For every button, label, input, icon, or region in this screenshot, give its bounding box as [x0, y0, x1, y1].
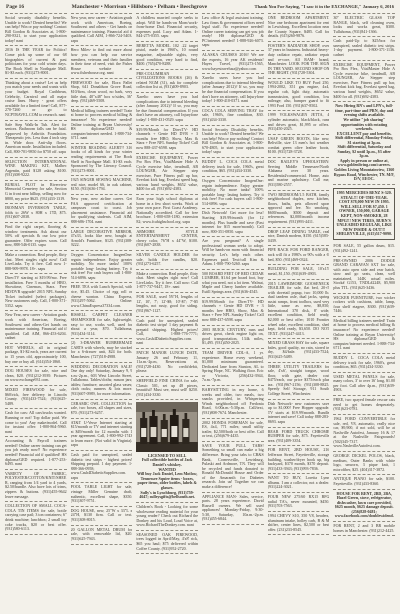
- classified-ad: Social Security Disability benefits. Una…: [202, 126, 264, 158]
- classified-ad: WINTER READING ALERT!! 316 books of all …: [71, 144, 133, 176]
- classified-ad: FREE, two spayed female rescue cats need…: [333, 396, 395, 415]
- classified-ad: 2003 BUICK CENTURY, runs and drives grea…: [202, 326, 264, 349]
- classified-ad: WEDDING DECORATION SALE! One day only! S…: [71, 363, 133, 400]
- classified-ad: LARGE DECORATIVE MIRROR, 47x33, looks li…: [71, 228, 133, 251]
- classifieds-column-4: Law office & legal assistant training. L…: [202, 13, 264, 612]
- classified-ad: WICKER FURNITURE, two wicker rockers wit…: [333, 294, 395, 317]
- classified-ad: PIPE RACK FOR FORD RANGER, rack will fit…: [268, 246, 330, 265]
- classified-ad: BERETTA MODEL 102 .22 target pistol, mad…: [136, 42, 198, 70]
- classified-ad: CERAMIC OWL COLLECTION for sale, two box…: [71, 400, 133, 419]
- classified-ad: COCA COLA SERVING TRAY for sale, 1960's,…: [202, 107, 264, 126]
- classified-ad: Cash paid for unexpired, sealed diabetic…: [136, 317, 198, 349]
- classified-ad: Medical billing trainees needed! Train a…: [71, 107, 133, 144]
- classified-ad: Oxygen Concentrator InogenOne: regain in…: [71, 251, 133, 283]
- classified-ad: 1999 VOLKSWAGEN JETTA, 4 cylinder automa…: [268, 111, 330, 134]
- classified-ad: MIXED GRASS HAY for sale, square bales, …: [268, 339, 330, 362]
- classified-ad: TEAM DRIVER CDL-A, 1 yr. experience. Hom…: [202, 349, 264, 386]
- classified-ad: Earn your high school diploma at home in…: [136, 195, 198, 227]
- classified-ad: COLLECTION OF SMALL COCA-COLA TIN ITEMS …: [5, 502, 67, 534]
- classified-ad: THREE UTILITY TRAILERS for sale, 4'x6', …: [268, 363, 330, 400]
- classified-ad: FOR RENT, 2 and 3 BR mobile homes in Man…: [333, 522, 395, 536]
- classified-ad: Dish Network- new customers save up to $…: [268, 400, 330, 428]
- classified-ad: ANTIQUE PIANO for sale, $100. Fayettevil…: [333, 475, 395, 489]
- classified-ad: WOULD LIKE TO BUY Ford 250, 1994-2002, 3…: [268, 79, 330, 111]
- classified-ad: FOR SALE, 55 gallon drum, $15. (931)492-…: [333, 242, 395, 256]
- classified-ad: 1994 CHEVY S10, 350 V8, headers, aluminu…: [268, 512, 330, 535]
- classified-ad: New Year, new career - Aviation grads wo…: [5, 311, 67, 343]
- classified-ad: SILVER CANDLE HOLDER for sale, holds fiv…: [136, 251, 198, 270]
- classified-ad: 2016 IS THE YEAR for Politics! Come pick…: [5, 46, 67, 78]
- classified-ad: FREE TEA with Lunch Special, with rice, …: [71, 283, 133, 311]
- classified-ad: 1962 FORD CONVERTIBLE for sale, red, V8,…: [333, 415, 395, 452]
- classified-ad: MIXED FIREWOOD for sale, $60/rick, free …: [5, 386, 67, 409]
- classified-ad: WANT TO BUY, Loretta Lynn albums. I am a…: [268, 474, 330, 493]
- classified-ad: AT&T U-Verse Internet starting at $15/mo…: [71, 419, 133, 451]
- classified-ad: Make a connection. Real people, flirty c…: [5, 251, 67, 274]
- classified-ad: Cash paid-Up to $25/box for unexpired, s…: [333, 37, 395, 60]
- classified-ad: FOR RENT, 2BD HOUSE, 216 Jefferson Stree…: [268, 446, 330, 474]
- classified-ad: Accounting & Payroll trainees needed! On…: [5, 437, 67, 469]
- masthead-slogan: Thank You For Saying, "I saw it in the E…: [255, 4, 395, 9]
- classifieds-column-1: Social security disability benefits. Una…: [5, 13, 67, 612]
- classified-ad: BUDDY L. COCA COLA metal delivery truck …: [202, 158, 264, 177]
- classified-ad: GEORGE DICKEL POLOS, black, medium, Oute…: [333, 452, 395, 475]
- classified-ad: TWO BEDROOM/1.5 BATH, family neighborhoo…: [268, 191, 330, 228]
- classified-ad: PRE-COLUMBIAN CIVILIZATIONS BOOKS (26) &…: [136, 70, 198, 93]
- classified-ad: PATCH MANOR LUNCH DATE, January 26 and F…: [136, 349, 198, 377]
- classified-ad: Oxygen Concentrator InogenOne: regain in…: [202, 177, 264, 209]
- classified-ad: 20 GALLON METAL DRUM for sale, with remo…: [71, 526, 133, 545]
- classified-ad: 2002 HONDA FOREMAN for sale, ES, 4x4, 77…: [202, 419, 264, 442]
- classified-ad: ONE BEDROOM APARTMENT. Nice one bedroom …: [268, 13, 330, 42]
- classified-ad: BABYSITTING in my home, 6 weeks and olde…: [202, 386, 264, 418]
- classified-ad: BISSELL CARPET CLEANER SHAMPOOER for sal…: [71, 311, 133, 339]
- classified-ad: SHEFFIELD FINE CHINA for sale, Classic 5…: [136, 377, 198, 400]
- classified-ad: Cash paid for unexpired, sealed diabetic…: [71, 451, 133, 483]
- classified-ad: FOUR NEW 275/60 RX15 BFG radial TA's, ne…: [268, 493, 330, 512]
- classified-ad: $19.99/Month for DirecTV- HD channels + …: [136, 126, 198, 154]
- classified-ad: VARIETY OF FABRIC, POLYESTER/COTTON/KNIT…: [5, 470, 67, 502]
- classified-ad: Now Hiring RN's and LPN's, full-time, pa…: [333, 102, 395, 184]
- jack-daniels-bottles-photo: [136, 402, 198, 452]
- classified-ad: (2) 3-DRAWER RUBBERMAID CARTS with wheel…: [71, 339, 133, 362]
- classified-ad: EXERCISE EQUIPMENT, Power Pro Box Flex, …: [136, 154, 198, 196]
- classifieds-column-3: A childless married couple seeks to adop…: [136, 13, 198, 612]
- classified-ad: HOUSE FOR RENT, 2BD, 2BA, Hazel Green, s…: [333, 490, 395, 522]
- page-number: Page 16: [6, 4, 24, 10]
- classified-ad: BURIAL PLOT in Riverview Memorial Cemete…: [5, 181, 67, 204]
- classifieds-column-6: 30" ELECTRIC GLASS TOP RANGE, black, sel…: [333, 13, 395, 612]
- classified-ad: DirecTV starting at $19.99/mo. Free inst…: [5, 274, 67, 311]
- photo-classified-ad: LICENSED TO SELLFull collectible bottles…: [136, 400, 198, 503]
- classifieds-column-2: New year, new career - Aviation grads wo…: [71, 13, 133, 612]
- classified-ad: Law office & legal assistant training. L…: [202, 13, 264, 51]
- classified-ad: New year, new airline career. Get FAA ap…: [71, 195, 133, 227]
- classified-ad: Are you pregnant? A single professional …: [202, 237, 264, 269]
- classified-ad: Safe Step Walk-In Tub. Alert for seniors…: [5, 121, 67, 158]
- photo-caption-line: Sully's in Lynchburg, (931)759-4647; sul…: [136, 491, 198, 500]
- classified-ad: APPLIANCE MAN- Sales, service, parts. 28…: [202, 493, 264, 525]
- classifieds-column-5: ONE BEDROOM APARTMENT. Nice one bedroom …: [268, 13, 330, 612]
- classified-ad: DROP LEAF DINING TABLE, real nice, Danis…: [268, 228, 330, 247]
- classified-ad: FIREWOOD for sale, Elora Pallet Shop, 64…: [71, 79, 133, 107]
- classified-ad: USAF GREEN BOOTS, like new, Beltville, s…: [268, 135, 330, 158]
- classified-ad: Xarelto users have you had complications…: [202, 74, 264, 106]
- classified-ad: Cash for cars: All cars/trucks wanted. R…: [5, 409, 67, 437]
- classified-ad: USED METAL PANELS for sale, many colors,…: [333, 373, 395, 396]
- classified-ad: ARMOIRE STYLE ENTERTAINMENT CENTER, cher…: [136, 228, 198, 251]
- classified-ad: New year, new career - Aviation grads wo…: [71, 13, 133, 46]
- classified-ad: PRE-OWNED 2006 DODGE GRAND CARAVAN SXT f…: [333, 257, 395, 294]
- classified-ad: 1925 SINGER SEWING MACHINE, real nice, m…: [71, 176, 133, 195]
- classified-ad: 1995 MERCEDES BENZ S-320. STEAL!!! OF-TH…: [333, 188, 395, 240]
- classified-ad: EXERCISE EQUIPMENT, Power Pro Box Flex, …: [333, 61, 395, 103]
- classified-ad: ALASKA CRUISES 2016! We are the experts,…: [202, 51, 264, 74]
- classified-ad: 2015 LAWRIMORE GOOSENECK TRAILER for sal…: [268, 280, 330, 340]
- classified-ad: DOC BAILEY'S UPHOLSTERY: Serving Middle …: [268, 158, 330, 190]
- classified-ad: Find the right carpet, flooring & window…: [5, 223, 67, 251]
- classified-ad: REAR FORD TRUCK CHROME BUMPER for sale, …: [268, 428, 330, 447]
- classified-ad: DOG HOUSES for sale, nice and clean, $20…: [5, 367, 67, 386]
- classified-ad: Dish Network! Get more for less! Startin…: [202, 209, 264, 237]
- classified-ad: FOR SALE, used 5'6"H, lengths of 12', 10…: [136, 293, 198, 316]
- classified-ad: HOT WHEELS, all in original package, $1-…: [5, 344, 67, 367]
- classifieds-columns: Social security disability benefits. Una…: [0, 12, 400, 612]
- newspaper-classifieds-page: Page 16 Manchester • Morrison • Hillsbor…: [0, 0, 400, 614]
- classified-ad: DOG HOUSE, new, 25"W x 33"L x 24"H, $130…: [71, 507, 133, 526]
- classified-ad: Social security disability benefits. Una…: [5, 13, 67, 46]
- page-header: Page 16 Manchester • Morrison • Hillsbor…: [0, 0, 400, 12]
- photo-caption-line: Will buy Jack Daniel, Lem Motlow, Tennes…: [136, 472, 198, 490]
- classified-ad: Xarelto users have you had complications…: [136, 93, 198, 125]
- classified-ad: SEASONED OAK FIREWOOD, trees logged in A…: [136, 531, 198, 554]
- classified-ad: A childless married couple seeks to adop…: [136, 13, 198, 42]
- classified-ad: POOL TABLE LIGHT for sale, vintage Mille…: [71, 483, 133, 506]
- region-line: Manchester • Morrison • Hillsboro • Pelh…: [72, 4, 207, 10]
- classified-ad: Hero Miles- to find out more about how y…: [71, 46, 133, 78]
- classified-ad: IRONMAN INVERSION TABLE, folds to 26W x …: [5, 204, 67, 223]
- classified-ad: Children's Book - Looking for some whole…: [136, 503, 198, 531]
- classified-ad: 500 BOARD FEET OF RED CEDAR LUMBER, $1.6…: [202, 270, 264, 298]
- classified-ad: Medical billing trainees needed! Train a…: [333, 317, 395, 354]
- classified-ad: $19.99/Month for DirecTV- HD channels + …: [202, 298, 264, 326]
- classified-ad: SAVE YOUR PULL TABS! Something so small …: [202, 442, 264, 493]
- classified-ad: 30" ELECTRIC GLASS TOP RANGE, black, sel…: [333, 13, 395, 37]
- classified-ad: SELECTION INTERNATIONAL WINE MAKING KIT,…: [5, 158, 67, 181]
- classified-ad: Thinking about a cruise? Let us help you…: [5, 79, 67, 121]
- classified-ad: BUDDY L. COCA COLA metal delivery truck …: [333, 354, 395, 373]
- classified-ad: BUILDING FOR SALE, 10'x15' metal, $1,150…: [268, 265, 330, 279]
- classified-ad: FOSTER'S RADIATOR SHOP, over 37 years in…: [268, 42, 330, 79]
- classified-ad: Make a connection. Real people, flirty c…: [136, 270, 198, 293]
